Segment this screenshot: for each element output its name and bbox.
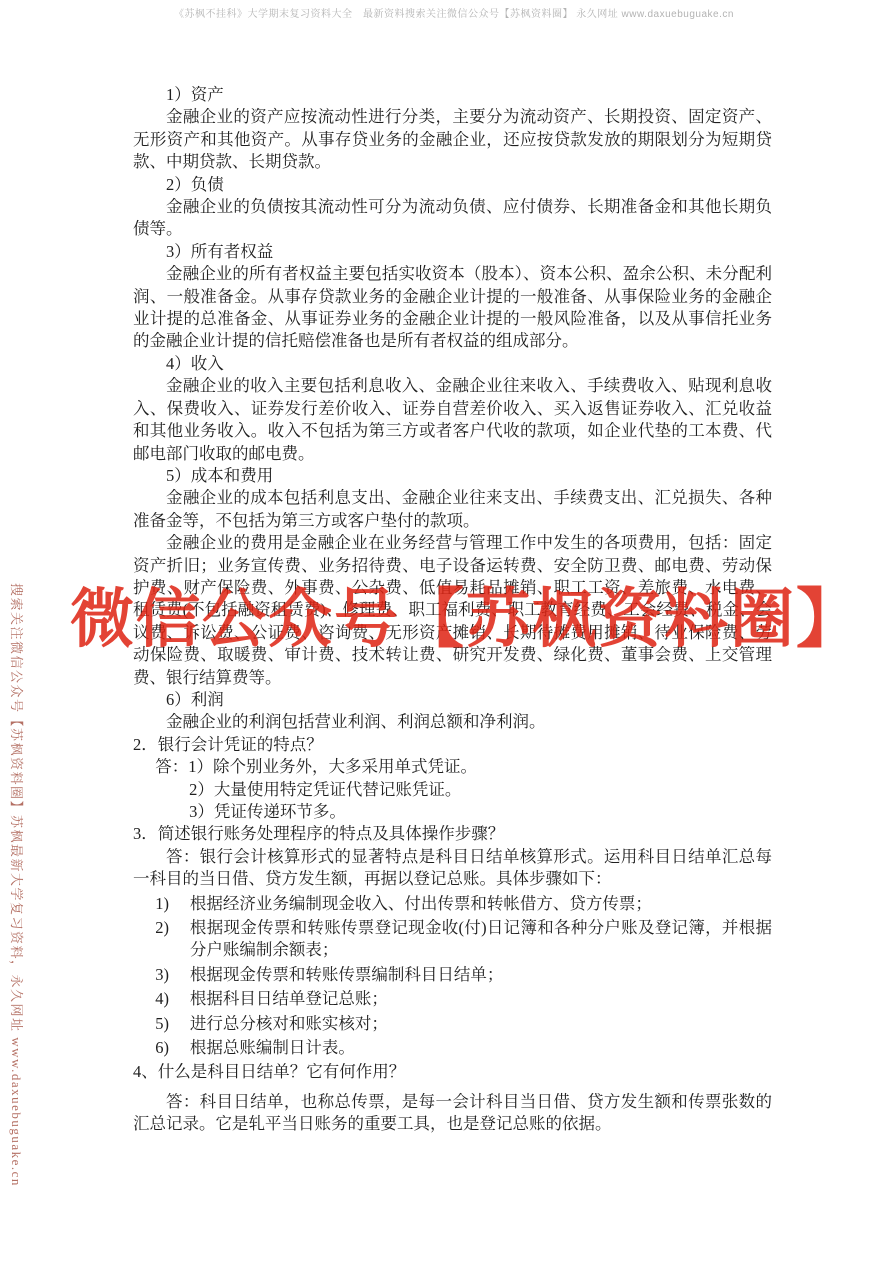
paragraph-liabilities: 金融企业的负债按其流动性可分为流动负债、应付债券、长期准备金和其他长期负债等。 <box>133 196 772 241</box>
list-item: 2)根据现金传票和转账传票登记现金收(付)日记簿和各种分户账及登记簿，并根据分户… <box>133 917 772 962</box>
list-item: 1)根据经济业务编制现金收入、付出传票和转帐借方、贷方传票； <box>133 893 772 915</box>
list-item-number: 4) <box>133 988 190 1010</box>
list-item-text: 根据经济业务编制现金收入、付出传票和转帐借方、贷方传票； <box>190 893 772 915</box>
list-item-text: 根据科目日结单登记总账； <box>190 988 772 1010</box>
section-heading-costs: 5）成本和费用 <box>133 465 772 487</box>
paragraph-costs: 金融企业的成本包括利息支出、金融企业往来支出、手续费支出、汇兑损失、各种准备金等… <box>133 487 772 532</box>
document-page: { "page": { "header_text": "《苏枫不挂科》大学期末复… <box>0 0 892 1262</box>
paragraph-expenses: 金融企业的费用是金融企业在业务经营与管理工作中发生的各项费用，包括：固定资产折旧… <box>133 532 772 689</box>
list-item-number: 3) <box>133 964 190 986</box>
question-3: 3．简述银行账务处理程序的特点及具体操作步骤？ <box>133 823 772 845</box>
section-heading-profit: 6）利润 <box>133 689 772 711</box>
section-heading-income: 4）收入 <box>133 353 772 375</box>
list-item-number: 6) <box>133 1037 190 1059</box>
side-vertical-watermark-text: 搜索关注微信公众号【苏枫资料圈】苏枫最新大学复习资料，永久网址 www.daxu… <box>8 583 27 1187</box>
question-2: 2．银行会计凭证的特点？ <box>133 734 772 756</box>
list-item-text: 根据总账编制日计表。 <box>190 1037 772 1059</box>
paragraph-profit: 金融企业的利润包括营业利润、利润总额和净利润。 <box>133 711 772 733</box>
paragraph-owners-equity: 金融企业的所有者权益主要包括实收资本（股本）、资本公积、盈余公积、未分配利润、一… <box>133 263 772 353</box>
list-item: 6)根据总账编制日计表。 <box>133 1037 772 1059</box>
paragraph-income: 金融企业的收入主要包括利息收入、金融企业往来收入、手续费收入、贴现利息收入、保费… <box>133 375 772 465</box>
page-header-text: 《苏枫不挂科》大学期末复习资料大全 最新资料搜索关注微信公众号【苏枫资料圈】 永… <box>174 5 874 20</box>
answer-paragraph: 答：科目日结单，也称总传票，是每一会计科目当日借、贷方发生额和传票张数的汇总记录… <box>133 1091 772 1136</box>
list-item-number: 2) <box>133 917 190 962</box>
answer-line: 2）大量使用特定凭证代替记账凭证。 <box>133 779 772 801</box>
section-heading-liabilities: 2）负债 <box>133 174 772 196</box>
answer-line: 3）凭证传递环节多。 <box>133 801 772 823</box>
list-item-text: 根据现金传票和转账传票登记现金收(付)日记簿和各种分户账及登记簿，并根据分户账编… <box>190 917 772 962</box>
document-body: 1）资产金融企业的资产应按流动性进行分类，主要分为流动资产、长期投资、固定资产、… <box>133 84 772 1136</box>
paragraph-assets: 金融企业的资产应按流动性进行分类，主要分为流动资产、长期投资、固定资产、无形资产… <box>133 106 772 173</box>
list-item-number: 1) <box>133 893 190 915</box>
list-item-number: 5) <box>133 1013 190 1035</box>
list-item: 4)根据科目日结单登记总账； <box>133 988 772 1010</box>
section-heading-assets: 1）资产 <box>133 84 772 106</box>
list-item: 5)进行总分核对和账实核对； <box>133 1013 772 1035</box>
question-4: 4、什么是科目日结单？它有何作用？ <box>133 1061 772 1083</box>
answer-paragraph: 答：银行会计核算形式的显著特点是科目日结单核算形式。运用科目日结单汇总每一科目的… <box>133 846 772 891</box>
list-item-text: 进行总分核对和账实核对； <box>190 1013 772 1035</box>
section-heading-owners-equity: 3）所有者权益 <box>133 241 772 263</box>
list-item-text: 根据现金传票和转账传票编制科目日结单； <box>190 964 772 986</box>
list-item: 3)根据现金传票和转账传票编制科目日结单； <box>133 964 772 986</box>
answer-line: 答：1）除个别业务外，大多采用单式凭证。 <box>133 756 772 778</box>
